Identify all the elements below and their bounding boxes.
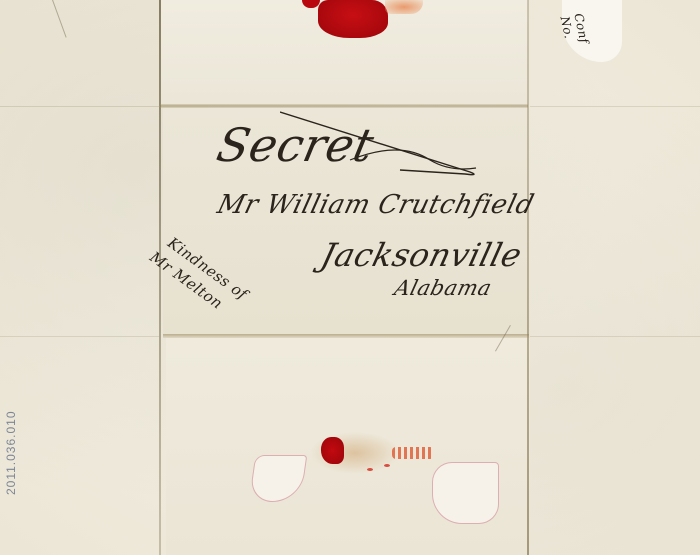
- wax-fleck: [384, 464, 390, 467]
- address-state: Alabama: [392, 276, 494, 300]
- addressee-name: Mr William Crutchfield: [214, 190, 537, 220]
- crack-top-left: [52, 0, 67, 38]
- fold-line-top-right: [530, 106, 700, 107]
- fold-line-top: [160, 104, 528, 108]
- wax-fleck: [367, 468, 373, 471]
- wax-seal-bottom: [321, 437, 344, 464]
- fold-line-bottom-left: [0, 336, 160, 337]
- letter-scan: Secret Mr William Crutchfield Jacksonvil…: [0, 0, 700, 555]
- seal-tear-right: [432, 462, 499, 524]
- fold-line-bottom: [163, 334, 529, 338]
- catalog-number: 2011.036.010: [4, 410, 18, 495]
- wax-residue-top: [385, 0, 423, 14]
- address-city: Jacksonville: [317, 236, 526, 274]
- fold-line-right: [527, 0, 529, 555]
- fold-line-left: [159, 0, 161, 555]
- wax-seal-top: [318, 0, 388, 38]
- fold-line-bottom-right: [530, 336, 700, 337]
- fold-line-top-left: [0, 106, 160, 107]
- secret-flourish: [280, 110, 480, 180]
- wax-flecks: [392, 447, 434, 459]
- corner-note: Conf No.: [558, 12, 592, 48]
